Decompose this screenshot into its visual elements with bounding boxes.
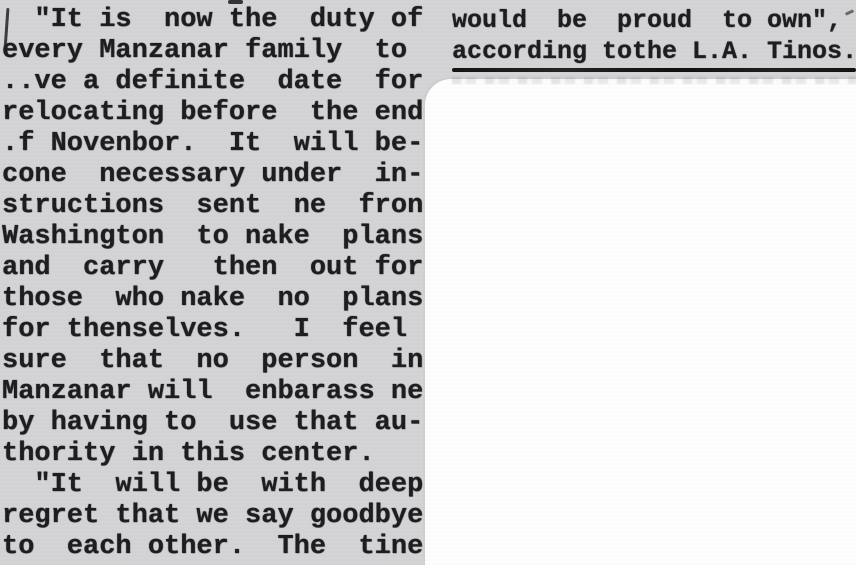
text-line: structions sent ne fron — [2, 191, 423, 222]
text-line: thority in this center. — [2, 439, 423, 470]
text-line: "It will be with deep — [2, 470, 423, 501]
text-line: and carry then out for — [2, 253, 423, 284]
text-line: sure that no person in — [2, 346, 423, 377]
document-scan: "It is now the duty of every Manzanar fa… — [0, 0, 856, 565]
text-line: by having to use that au- — [2, 408, 423, 439]
text-line: according tothe L.A. Tinos. — [452, 36, 856, 67]
text-line: would be proud to own", — [452, 5, 856, 36]
paper-white-area — [425, 79, 856, 565]
section-divider-rule — [452, 68, 856, 72]
text-line: cone necessary under in- — [2, 160, 423, 191]
text-line: those who nake no plans — [2, 284, 423, 315]
text-line: .f Novenbor. It will be- — [2, 129, 423, 160]
text-line: every Manzanar family to — [2, 36, 423, 67]
text-line: Washington to nake plans — [2, 222, 423, 253]
text-line: relocating before the end — [2, 98, 423, 129]
text-line: "It is now the duty of — [2, 5, 423, 36]
bleed-through-faint-text — [452, 77, 856, 84]
right-column: would be proud to own", according tothe … — [452, 5, 856, 67]
scan-artifact-top-center — [228, 0, 243, 4]
text-line: ..ve a definite date for — [2, 67, 423, 98]
text-line: for thenselves. I feel — [2, 315, 423, 346]
text-line: Manzanar will enbarass ne — [2, 377, 423, 408]
text-line: to each other. The tine — [2, 532, 423, 563]
left-column: "It is now the duty of every Manzanar fa… — [2, 5, 423, 563]
text-line: regret that we say goodbye — [2, 501, 423, 532]
